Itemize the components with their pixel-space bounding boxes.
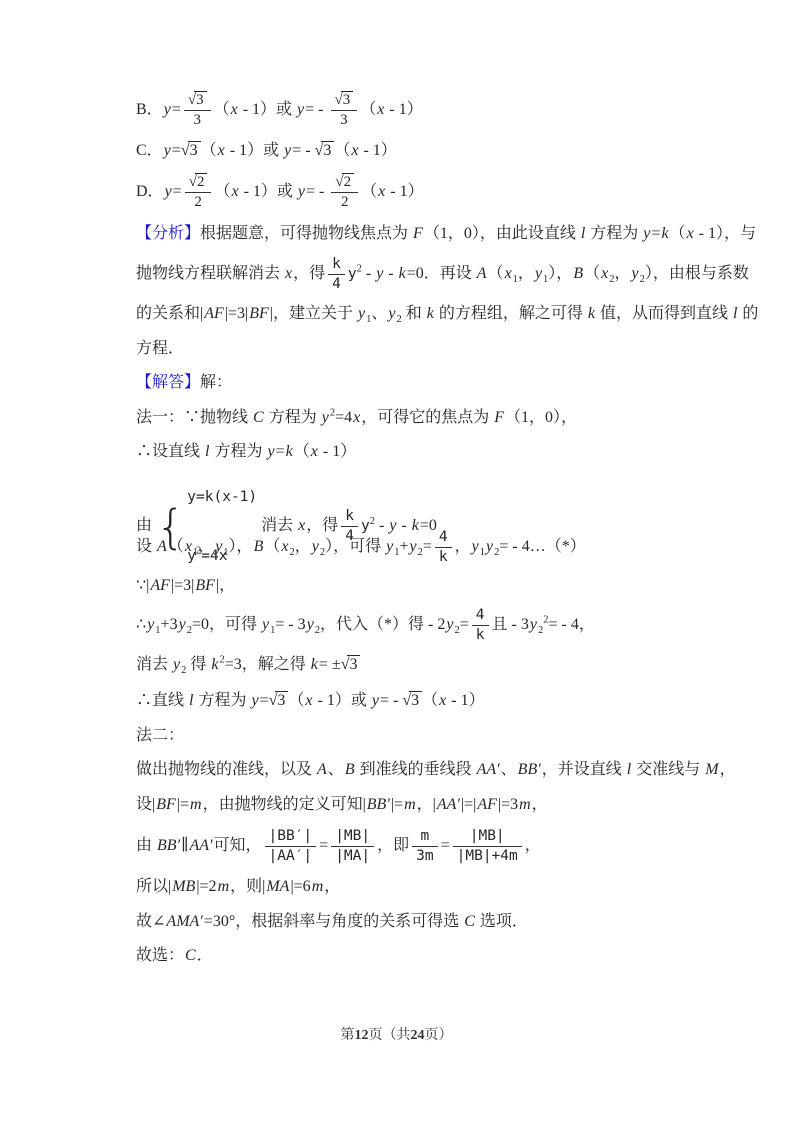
text-run: （1，0），由此设直线 — [424, 225, 580, 242]
math-variable: y — [357, 305, 366, 322]
text-run: 值，从而得到直线 — [596, 305, 732, 322]
math-upright: |AA′| — [269, 848, 313, 864]
math-variable: y — [471, 538, 480, 555]
math-variable: M — [704, 761, 719, 778]
text-run: = - — [292, 142, 314, 159]
text-run: 、 — [328, 761, 344, 778]
fraction: √33 — [184, 92, 211, 130]
math-variable: k — [660, 225, 669, 242]
text-run: = — [423, 538, 432, 555]
math-variable: y — [529, 616, 538, 633]
math-upright: y=k(x-1) — [187, 489, 257, 505]
math-variable: AA — [476, 761, 498, 778]
text-run: - 1）或 — [240, 183, 297, 200]
text-run: （ — [488, 265, 504, 282]
math-variable: x — [686, 225, 695, 242]
text-run: 页（共 — [369, 1028, 411, 1043]
fraction-numerator: m — [412, 828, 437, 847]
analysis-line-3: 的关系和|AF|=3|BF|，建立关于 y1、y2 和 k 的方程组，解之可得 … — [136, 296, 716, 332]
text-run: |= — [177, 796, 189, 813]
fraction-numerator: |BB′| — [265, 828, 317, 847]
text-run: = - — [380, 692, 402, 709]
math-upright: m — [421, 828, 430, 844]
math-variable: C — [463, 913, 476, 930]
text-run: - 1），与 — [695, 225, 756, 242]
math-variable: y — [375, 265, 384, 282]
text-run: = — [460, 616, 469, 633]
math-variable: m — [311, 878, 325, 895]
text-run: 方程为 — [194, 692, 250, 709]
fraction-denominator: |MB|+4m — [453, 847, 522, 865]
text-run: ′=30°，根据斜率与角度的关系可得选 — [200, 913, 463, 930]
method1-line-5: ∵|AF|=3|BF|， — [136, 569, 716, 603]
math-variable: B — [572, 265, 584, 282]
option-d: D．y=√22（x - 1）或 y= - √22（x - 1） — [136, 168, 716, 216]
text-run: ，即 — [377, 837, 409, 854]
math-variable: y — [163, 101, 172, 118]
text-run: 交准线与 — [632, 761, 704, 778]
math-variable: y — [297, 183, 306, 200]
fraction-numerator: √2 — [185, 174, 212, 193]
fraction: √22 — [185, 174, 212, 212]
method2-line-4: 所以|MB|=2m，则|MA|=6m， — [136, 870, 716, 904]
math-variable: AMA — [165, 913, 200, 930]
math-variable: m — [189, 796, 203, 813]
fraction: |MB||MB|+4m — [453, 828, 522, 866]
fraction-denominator: k — [472, 626, 489, 644]
math-upright: 3m — [416, 848, 433, 864]
fraction: |BB′||AA′| — [265, 828, 317, 866]
text-run: 故选： — [136, 947, 184, 964]
square-root: √2 — [189, 174, 208, 191]
text-run: （ — [334, 142, 350, 159]
text-run: - 1） — [447, 692, 484, 709]
math-variable: y — [409, 538, 418, 555]
math-upright: y — [348, 266, 357, 282]
text-run: ′|= — [387, 796, 403, 813]
math-variable: AF — [149, 577, 171, 594]
solution-content: B．y=√33（x - 1）或 y= - √33（x - 1）C．y=√3（x … — [136, 86, 716, 973]
method2-line-3: 由 BB′∥AA′可知，|BB′||AA′|=|MB||MA|，即m3m=|MB… — [136, 822, 716, 870]
text-run: = — [276, 443, 285, 460]
text-run: ，| — [417, 796, 436, 813]
text-run: 由 — [136, 837, 156, 854]
text-run: （ — [214, 101, 230, 118]
text-run: 3 — [349, 656, 357, 673]
text-run: = - — [306, 183, 328, 200]
math-variable: MA — [265, 878, 290, 895]
text-run: =0，可得 — [192, 616, 261, 633]
text-run: 选项． — [476, 913, 528, 930]
analysis-label: 【分析】 — [136, 225, 200, 242]
square-root: √3 — [341, 647, 361, 683]
text-run: + — [399, 538, 408, 555]
text-run: |=3 — [498, 796, 518, 813]
text-run: 且 - 3 — [492, 616, 529, 633]
text-run: ，由抛物线的定义可知| — [203, 796, 366, 813]
text-run: ， — [324, 878, 340, 895]
text-run: 设| — [136, 796, 155, 813]
math-variable: C — [252, 409, 265, 426]
text-run: = - 3 — [275, 616, 305, 633]
text-run: 到准线的垂线段 — [356, 761, 476, 778]
text-run: - 1） — [386, 183, 423, 200]
fraction-denominator: k — [435, 548, 452, 566]
text-run: （ — [360, 101, 376, 118]
text-run: ， — [455, 538, 471, 555]
math-variable: AF — [476, 796, 498, 813]
math-variable: y — [163, 142, 172, 159]
fraction: 4k — [472, 607, 489, 645]
radicand: 3 — [347, 655, 360, 673]
math-upright: |MB|+4m — [457, 848, 518, 864]
fraction-numerator: |MB| — [331, 828, 374, 847]
math-variable: x — [230, 101, 239, 118]
math-upright: k — [476, 627, 485, 643]
text-run: 、 — [371, 305, 387, 322]
math-variable: y — [306, 616, 315, 633]
fraction-denominator: 2 — [331, 193, 358, 211]
text-run: 设 — [136, 538, 156, 555]
square-root: √3 — [335, 92, 354, 109]
fraction-numerator: 4 — [472, 607, 489, 626]
fraction: |MB||MA| — [331, 828, 374, 866]
math-upright: |MB| — [335, 828, 370, 844]
math-upright: k — [439, 549, 448, 565]
text-run: （ — [264, 538, 280, 555]
text-run: 2 — [194, 194, 202, 210]
text-run: - 1）或 — [314, 692, 371, 709]
fraction-denominator: 3 — [331, 111, 358, 129]
math-variable: k — [587, 305, 596, 322]
math-variable: y — [321, 409, 330, 426]
text-run: 消去 — [136, 656, 172, 673]
text-run: =0．再设 — [407, 265, 476, 282]
text-run: （ — [584, 265, 600, 282]
math-variable: x — [284, 265, 293, 282]
text-run: 方程为 — [210, 443, 266, 460]
method1-line-2: ∴设直线 l 方程为 y=k（x - 1） — [136, 435, 716, 469]
fraction: m3m — [412, 828, 437, 866]
math-variable: k — [285, 443, 294, 460]
text-run: 方程． — [136, 340, 184, 357]
option-b: B．y=√33（x - 1）或 y= - √33（x - 1） — [136, 86, 716, 134]
text-run: C． — [136, 142, 163, 159]
math-variable: y — [283, 142, 292, 159]
math-variable: x — [184, 538, 193, 555]
text-run: ）， — [548, 265, 572, 282]
text-run: 3 — [196, 92, 204, 108]
answer-label: 【解答】 — [136, 374, 200, 391]
math-variable: x — [310, 443, 319, 460]
math-variable: x — [438, 692, 447, 709]
text-run: ． — [197, 947, 213, 964]
text-run: ， — [518, 265, 534, 282]
option-c: C．y=√3（x - 1）或 y= - √3（x - 1） — [136, 134, 716, 168]
math-upright: 4 — [476, 607, 485, 623]
fraction-denominator: |MA| — [331, 847, 374, 865]
text-run: = - 4…（*） — [499, 538, 585, 555]
math-variable: y — [266, 443, 275, 460]
math-variable: AF — [203, 305, 225, 322]
method1-line-1: 法一：∵抛物线 C 方程为 y2=4x，可得它的焦点为 F（1，0）， — [136, 400, 716, 435]
math-variable: y — [630, 265, 639, 282]
math-upright: |BB′| — [269, 828, 313, 844]
math-variable: x — [504, 265, 513, 282]
text-run: ，得 — [293, 265, 325, 282]
radicand: 3 — [188, 141, 201, 159]
math-variable: y — [485, 538, 494, 555]
math-variable: BF — [194, 577, 216, 594]
text-run: =3，解之得 — [225, 656, 310, 673]
text-run: 3 — [277, 692, 285, 709]
math-variable: BF — [155, 796, 177, 813]
math-variable: k — [398, 265, 407, 282]
math-variable: y — [296, 101, 305, 118]
text-run: 根据题意，可得抛物线焦点为 — [200, 225, 412, 242]
text-run: 解： — [200, 374, 232, 391]
text-run: 3 — [340, 112, 348, 128]
method1-line-7: 消去 y2 得 k2=3，解之得 k= ±√3 — [136, 647, 716, 683]
text-run: （ — [361, 183, 377, 200]
fraction-numerator: 4 — [435, 529, 452, 548]
math-variable: x — [600, 265, 609, 282]
math-variable: BF — [248, 305, 270, 322]
fraction-numerator: |MB| — [453, 828, 522, 847]
text-run: 2 — [341, 194, 349, 210]
text-run: 3 — [411, 692, 419, 709]
text-run: ），可得 — [325, 538, 385, 555]
text-run: 做出抛物线的准线，以及 — [136, 761, 316, 778]
text-run: （ — [201, 142, 217, 159]
math-variable: k — [310, 656, 319, 673]
text-run: = — [260, 692, 269, 709]
text-run: 故∠ — [136, 913, 165, 930]
text-run: （ — [288, 692, 304, 709]
math-upright: |MA| — [335, 848, 370, 864]
text-run: ，则| — [230, 878, 265, 895]
method1-line-4: 设 A（x1，y1），B（x2，y2），可得 y1+y2=4k，y1y2= - … — [136, 525, 716, 569]
text-run: 3 — [343, 92, 351, 108]
math-variable: A — [476, 265, 488, 282]
text-run: 抛物线方程联解消去 — [136, 265, 284, 282]
text-run: ′∥ — [178, 837, 189, 854]
math-upright: 4 — [332, 276, 341, 292]
text-run: ， — [295, 538, 311, 555]
text-run: = — [172, 142, 181, 159]
fraction-denominator: |AA′| — [265, 847, 317, 865]
analysis-line-2: 抛物线方程联解消去 x，得k4y2 - y - k=0．再设 A（x1，y1），… — [136, 252, 716, 296]
text-run: ∴ — [136, 616, 146, 633]
fraction-denominator: 3m — [412, 847, 437, 865]
text-run: |=3| — [225, 305, 248, 322]
math-upright: k — [332, 256, 341, 272]
square-root: √3 — [402, 683, 422, 719]
text-run: ′、 — [497, 761, 517, 778]
math-variable: y — [214, 538, 223, 555]
text-run: - 1）或 — [226, 142, 283, 159]
text-run: 法一：∵抛物线 — [136, 409, 252, 426]
text-run: 页） — [425, 1028, 453, 1043]
text-run: +3 — [161, 616, 178, 633]
math-variable: y — [172, 656, 181, 673]
text-run: |， — [216, 577, 235, 594]
text-run: （ — [214, 183, 230, 200]
math-variable: x — [217, 142, 226, 159]
radicand: 2 — [195, 173, 208, 190]
subscript: 2 — [538, 625, 543, 636]
math-variable: y — [445, 616, 454, 633]
text-run: = - 4， — [548, 616, 594, 633]
math-variable: F — [493, 409, 505, 426]
math-variable: MB — [171, 878, 196, 895]
math-variable: x — [377, 183, 386, 200]
math-variable: AA — [436, 796, 458, 813]
text-run: =4 — [335, 409, 352, 426]
fraction-numerator: √3 — [331, 92, 358, 111]
answer-header: 【解答】解： — [136, 365, 716, 400]
text-run: 得 — [186, 656, 210, 673]
bold-text: 24 — [411, 1028, 425, 1043]
analysis-line-4: 方程． — [136, 332, 716, 365]
math-variable: x — [376, 101, 385, 118]
math-variable: A — [316, 761, 328, 778]
text-run: - 1）或 — [239, 101, 296, 118]
fraction: √33 — [331, 92, 358, 130]
math-variable: y — [178, 616, 187, 633]
method2-line-2: 设|BF|=m，由抛物线的定义可知|BB′|=m，|AA′|=|AF|=3m， — [136, 787, 716, 822]
analysis-line-1: 【分析】根据题意，可得抛物线焦点为 F（1，0），由此设直线 l 方程为 y=k… — [136, 216, 716, 252]
text-run: 的 — [738, 305, 758, 322]
text-run: = — [173, 183, 182, 200]
text-run: = ± — [319, 656, 341, 673]
text-run: B． — [136, 101, 163, 118]
text-run: ， — [532, 796, 548, 813]
text-run: ′|=| — [457, 796, 476, 813]
text-run: = - — [305, 101, 327, 118]
text-run: 3 — [190, 142, 198, 159]
text-run: - — [384, 265, 397, 282]
square-root: √3 — [315, 134, 335, 168]
text-run: 方程为 — [265, 409, 321, 426]
text-run: ， — [614, 265, 630, 282]
radicand: 3 — [275, 691, 288, 709]
square-root: √3 — [269, 683, 289, 719]
text-run: |=2 — [196, 878, 216, 895]
fraction-denominator: 4 — [328, 275, 345, 293]
text-run: ∴设直线 — [136, 443, 204, 460]
method2-line-6: 故选：C． — [136, 939, 716, 973]
radicand: 3 — [321, 141, 334, 159]
fraction: 4k — [435, 529, 452, 567]
radicand: 3 — [194, 91, 207, 108]
math-variable: m — [217, 878, 231, 895]
text-run: |，建立关于 — [270, 305, 357, 322]
math-variable: B — [253, 538, 265, 555]
math-variable: AA — [188, 837, 210, 854]
square-root: √3 — [188, 92, 207, 109]
fraction: k4 — [328, 256, 345, 294]
math-variable: y — [146, 616, 155, 633]
text-run: （1，0）， — [505, 409, 577, 426]
method2-line-5: 故∠AMA′=30°，根据斜率与角度的关系可得选 C 选项． — [136, 904, 716, 939]
math-variable: y — [385, 538, 394, 555]
text-run: 第 — [341, 1028, 355, 1043]
text-run: ），由根与系数 — [645, 265, 749, 282]
text-run: - 1） — [319, 443, 356, 460]
math-variable: y — [261, 616, 270, 633]
math-variable: A — [156, 538, 168, 555]
text-run: = — [441, 837, 450, 854]
text-run: D． — [136, 183, 164, 200]
math-variable: x — [230, 183, 239, 200]
text-run: ， — [525, 837, 541, 854]
text-run: 和 — [402, 305, 426, 322]
document-page: B．y=√33（x - 1）或 y= - √33（x - 1）C．y=√3（x … — [0, 0, 793, 1122]
math-variable: B — [344, 761, 356, 778]
fraction-denominator: 2 — [185, 193, 212, 211]
math-variable: x — [352, 409, 361, 426]
text-run: 2 — [197, 174, 205, 190]
fraction-numerator: √2 — [331, 174, 358, 193]
math-variable: k — [210, 656, 219, 673]
text-run: |=6 — [290, 878, 310, 895]
text-run: ，代入（*）得 - 2 — [320, 616, 445, 633]
text-run: （ — [294, 443, 310, 460]
math-variable: m — [518, 796, 532, 813]
square-root: √3 — [181, 134, 201, 168]
math-variable: y — [164, 183, 173, 200]
radicand: 3 — [409, 691, 422, 709]
text-run: ′可知， — [210, 837, 262, 854]
fraction: √22 — [331, 174, 358, 212]
math-variable: F — [412, 225, 424, 242]
bold-text: 12 — [355, 1028, 369, 1043]
method2-line-1: 做出抛物线的准线，以及 A、B 到准线的垂线段 AA′、BB′，并设直线 l 交… — [136, 753, 716, 787]
math-variable: BB — [366, 796, 388, 813]
text-run: 3 — [193, 112, 201, 128]
text-run: ， — [198, 538, 214, 555]
math-upright: k — [345, 508, 354, 524]
math-variable: y — [534, 265, 543, 282]
text-run: 法二： — [136, 727, 184, 744]
math-variable: C — [184, 947, 197, 964]
math-variable: BB — [517, 761, 539, 778]
math-variable: m — [403, 796, 417, 813]
text-run: ′，并设直线 — [538, 761, 626, 778]
math-upright: 4 — [439, 529, 448, 545]
text-run: - — [362, 265, 375, 282]
text-run: 方程为 — [586, 225, 642, 242]
text-run: ∴直线 — [136, 692, 188, 709]
square-root: √2 — [335, 174, 354, 191]
fraction-numerator: √3 — [184, 92, 211, 111]
text-run: ， — [720, 761, 736, 778]
fraction-denominator: 3 — [184, 111, 211, 129]
text-run: ）， — [229, 538, 253, 555]
text-run: - 1） — [385, 101, 422, 118]
math-variable: y — [311, 538, 320, 555]
radicand: 2 — [342, 173, 355, 190]
text-run: ，可得它的焦点为 — [361, 409, 493, 426]
math-variable: k — [426, 305, 435, 322]
system-row-1: y=k(x-1) — [187, 469, 257, 525]
text-run: （ — [168, 538, 184, 555]
radicand: 3 — [341, 91, 354, 108]
text-run: 的关系和| — [136, 305, 203, 322]
math-upright: |MB| — [470, 828, 505, 844]
math-variable: BB — [156, 837, 178, 854]
